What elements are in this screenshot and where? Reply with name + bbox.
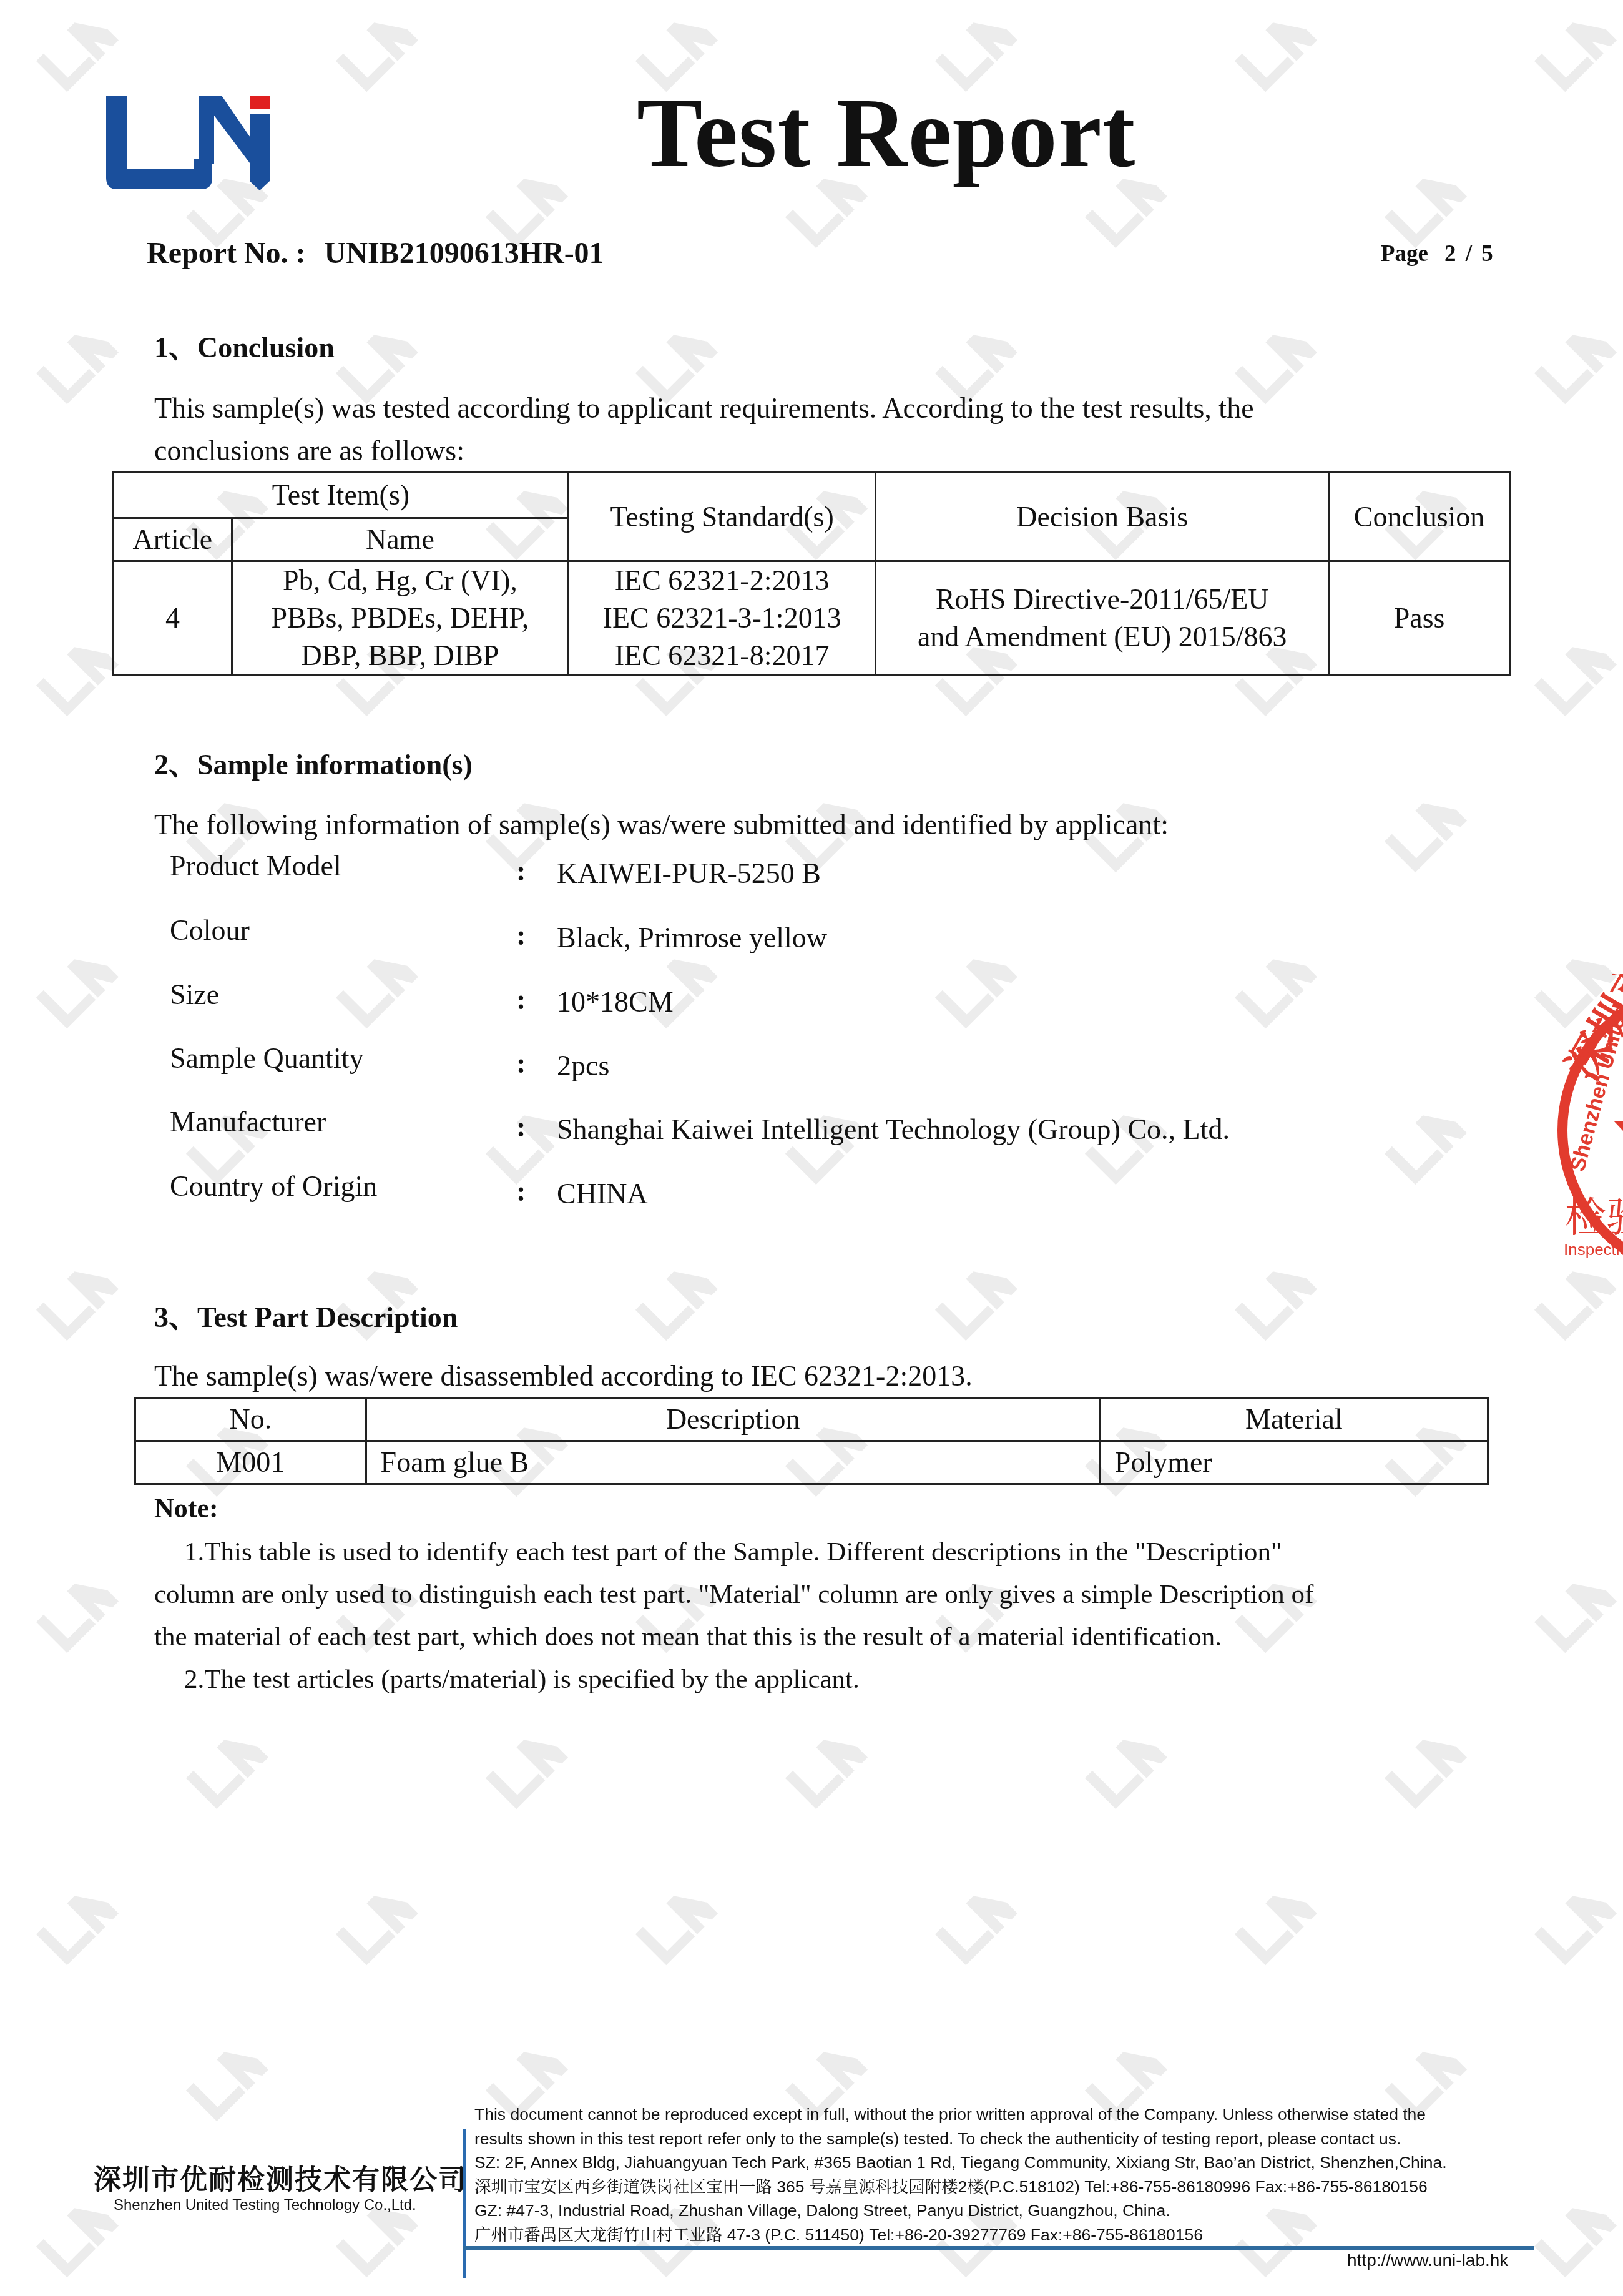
cell-standards: IEC 62321-2:2013 IEC 62321-3-1:2013 IEC … (568, 561, 875, 676)
info-value: Black, Primrose yellow (557, 921, 827, 954)
name-line: Pb, Cd, Hg, Cr (VI), (233, 562, 567, 599)
info-label: Colour (170, 914, 250, 947)
cell-description: Foam glue B (366, 1441, 1100, 1484)
decision-line: and Amendment (EU) 2015/863 (876, 618, 1328, 656)
footer-disclaimer: This document cannot be reproduced excep… (474, 2102, 1447, 2247)
uni-logo (100, 91, 281, 190)
info-value: Shanghai Kaiwei Intelligent Technology (… (557, 1113, 1230, 1146)
section-heading-sample-info: 2、Sample information(s) (154, 742, 473, 783)
info-label: Manufacturer (170, 1105, 326, 1138)
watermark-logo-icon (32, 940, 124, 1033)
info-row-size: Size : 10*18CM (170, 978, 1418, 1015)
cell-conclusion: Pass (1329, 561, 1510, 676)
footer-line: results shown in this test report refer … (474, 2127, 1447, 2151)
info-row-sample-quantity: Sample Quantity : 2pcs (170, 1042, 1418, 1079)
info-separator: : (516, 1047, 526, 1080)
watermark-logo-icon (32, 1877, 124, 1969)
header-decision-basis: Decision Basis (876, 473, 1329, 561)
header-name: Name (232, 518, 568, 561)
watermark-logo-icon (1230, 1253, 1323, 1345)
report-number-value: UNIB21090613HR-01 (325, 237, 604, 270)
note-title: Note: (154, 1492, 218, 1524)
watermark-logo-icon (1230, 1877, 1323, 1969)
info-separator: : (516, 1110, 526, 1143)
standard-line: IEC 62321-2:2013 (569, 562, 875, 599)
footer-company-en: Shenzhen United Testing Technology Co.,L… (114, 2197, 416, 2214)
info-label: Size (170, 978, 219, 1011)
watermark-logo-icon (182, 1721, 274, 1813)
watermark-logo-icon (32, 1253, 124, 1345)
info-row-colour: Colour : Black, Primrose yellow (170, 914, 1418, 951)
footer-line: SZ: 2F, Annex Bldg, Jiahuangyuan Tech Pa… (474, 2151, 1447, 2175)
sample-info-intro: The following information of sample(s) w… (154, 804, 1169, 846)
section-heading-test-part: 3、Test Part Description (154, 1294, 458, 1336)
info-row-product-model: Product Model : KAIWEI-PUR-5250 B (170, 849, 1418, 887)
watermark-logo-icon (32, 316, 124, 408)
cell-decision-basis: RoHS Directive-2011/65/EU and Amendment … (876, 561, 1329, 676)
cell-no: M001 (135, 1441, 366, 1484)
watermark-logo-icon (1530, 940, 1622, 1033)
test-part-intro: The sample(s) was/were disassembled acco… (154, 1355, 973, 1397)
table-row: M001 Foam glue B Polymer (135, 1441, 1488, 1484)
header-article: Article (114, 518, 232, 561)
page-label: Page (1381, 241, 1428, 267)
watermark-logo-icon (1081, 1721, 1173, 1813)
watermark-logo-icon (931, 1877, 1023, 1969)
header-testing-standards: Testing Standard(s) (568, 473, 875, 561)
info-label: Country of Origin (170, 1170, 377, 1203)
watermark-logo-icon (481, 1721, 574, 1813)
stamp-seal-icon: 深圳市优耐检 Shenzhen United 检验检 Inspection a (1557, 974, 1623, 1286)
footer-line: 广州市番禺区大龙街竹山村工业路 47-3 (P.C. 511450) Tel:+… (474, 2223, 1447, 2247)
watermark-logo-icon (32, 2189, 124, 2282)
note-1: 1.This table is used to identify each te… (154, 1531, 1527, 1658)
conclusion-table: Test Item(s) Testing Standard(s) Decisio… (112, 471, 1511, 676)
footer-line: This document cannot be reproduced excep… (474, 2102, 1447, 2127)
watermark-logo-icon (631, 1253, 723, 1345)
standard-line: IEC 62321-8:2017 (569, 637, 875, 674)
document-title: Test Report (637, 84, 1135, 183)
page-indicator: Page2 / 5 (1381, 240, 1493, 267)
info-value: 2pcs (557, 1049, 609, 1082)
watermark-logo-icon (1530, 1253, 1622, 1345)
note-1-line: 1.This table is used to identify each te… (154, 1531, 1527, 1574)
report-number-label: Report No. : (147, 237, 306, 270)
header-test-items: Test Item(s) (114, 473, 569, 518)
name-line: DBP, BBP, DIBP (233, 637, 567, 674)
watermark-logo-icon (331, 1877, 424, 1969)
info-row-manufacturer: Manufacturer : Shanghai Kaiwei Intellige… (170, 1105, 1418, 1143)
page-value: 2 / 5 (1444, 241, 1493, 267)
footer-line: 深圳市宝安区西乡街道铁岗社区宝田一路 365 号嘉皇源科技园附楼2楼(P.C.5… (474, 2175, 1447, 2199)
watermark-logo-icon (1530, 1877, 1622, 1969)
footer-website-link[interactable]: http://www.uni-lab.hk (1347, 2250, 1508, 2270)
watermark-logo-icon (1230, 4, 1323, 96)
info-separator: : (516, 983, 526, 1016)
watermark-logo-icon (32, 628, 124, 721)
footer-rule (463, 2246, 1534, 2250)
cell-article: 4 (114, 561, 232, 676)
watermark-logo-icon (781, 1721, 873, 1813)
watermark-logo-icon (331, 4, 424, 96)
header-description: Description (366, 1398, 1100, 1441)
cell-material: Polymer (1100, 1441, 1488, 1484)
conclusion-intro-line2: conclusions are as follows: (154, 430, 1254, 472)
watermark-logo-icon (1530, 1565, 1622, 1657)
cell-name: Pb, Cd, Hg, Cr (VI), PBBs, PBDEs, DEHP, … (232, 561, 568, 676)
info-value: 10*18CM (557, 985, 674, 1018)
table-row: 4 Pb, Cd, Hg, Cr (VI), PBBs, PBDEs, DEHP… (114, 561, 1510, 676)
svg-text:深圳市优耐检: 深圳市优耐检 (1557, 974, 1623, 1089)
footer-company-cn: 深圳市优耐检测技术有限公司 (94, 2157, 467, 2197)
watermark-logo-icon (32, 1565, 124, 1657)
svg-text:检验检: 检验检 (1565, 1193, 1623, 1241)
section-heading-conclusion: 1、Conclusion (154, 325, 335, 366)
note-1-line: column are only used to distinguish each… (154, 1574, 1527, 1616)
watermark-logo-icon (1530, 316, 1622, 408)
decision-line: RoHS Directive-2011/65/EU (876, 581, 1328, 618)
header-no: No. (135, 1398, 366, 1441)
svg-text:Shenzhen United: Shenzhen United (1566, 1002, 1623, 1174)
watermark-logo-icon (1380, 1721, 1473, 1813)
uni-logo-icon (100, 91, 281, 190)
name-line: PBBs, PBDEs, DEHP, (233, 599, 567, 637)
info-separator: : (516, 1175, 526, 1208)
info-value: KAIWEI-PUR-5250 B (557, 857, 821, 890)
watermark-logo-icon (32, 4, 124, 96)
info-label: Product Model (170, 849, 341, 882)
watermark-logo-icon (931, 1253, 1023, 1345)
watermark-logo-icon (182, 2033, 274, 2126)
watermark-logo-icon (1530, 628, 1622, 721)
watermark-logo-icon (1380, 160, 1473, 252)
watermark-logo-icon (631, 1877, 723, 1969)
footer-line: GZ: #47-3, Industrial Road, Zhushan Vill… (474, 2199, 1447, 2223)
header-material: Material (1100, 1398, 1488, 1441)
report-number: Report No. :UNIB21090613HR-01 (147, 236, 604, 270)
info-separator: : (516, 919, 526, 952)
note-2: 2.The test articles (parts/material) is … (154, 1658, 1557, 1701)
official-stamp: 深圳市优耐检 Shenzhen United 检验检 Inspection a (1557, 974, 1623, 1286)
info-separator: : (516, 854, 526, 887)
info-value: CHINA (557, 1177, 648, 1210)
test-part-table: No. Description Material M001 Foam glue … (134, 1397, 1489, 1485)
watermark-logo-icon (1530, 2189, 1622, 2282)
footer-divider-vertical (463, 2129, 466, 2278)
standard-line: IEC 62321-3-1:2013 (569, 599, 875, 637)
conclusion-intro-line1: This sample(s) was tested according to a… (154, 387, 1254, 430)
svg-text:Inspection a: Inspection a (1564, 1240, 1623, 1259)
watermark-logo-icon (1530, 4, 1622, 96)
conclusion-intro: This sample(s) was tested according to a… (154, 387, 1254, 472)
info-label: Sample Quantity (170, 1042, 363, 1075)
header-conclusion: Conclusion (1329, 473, 1510, 561)
note-1-line: the material of each test part, which do… (154, 1616, 1527, 1658)
info-row-country-of-origin: Country of Origin : CHINA (170, 1170, 1418, 1207)
